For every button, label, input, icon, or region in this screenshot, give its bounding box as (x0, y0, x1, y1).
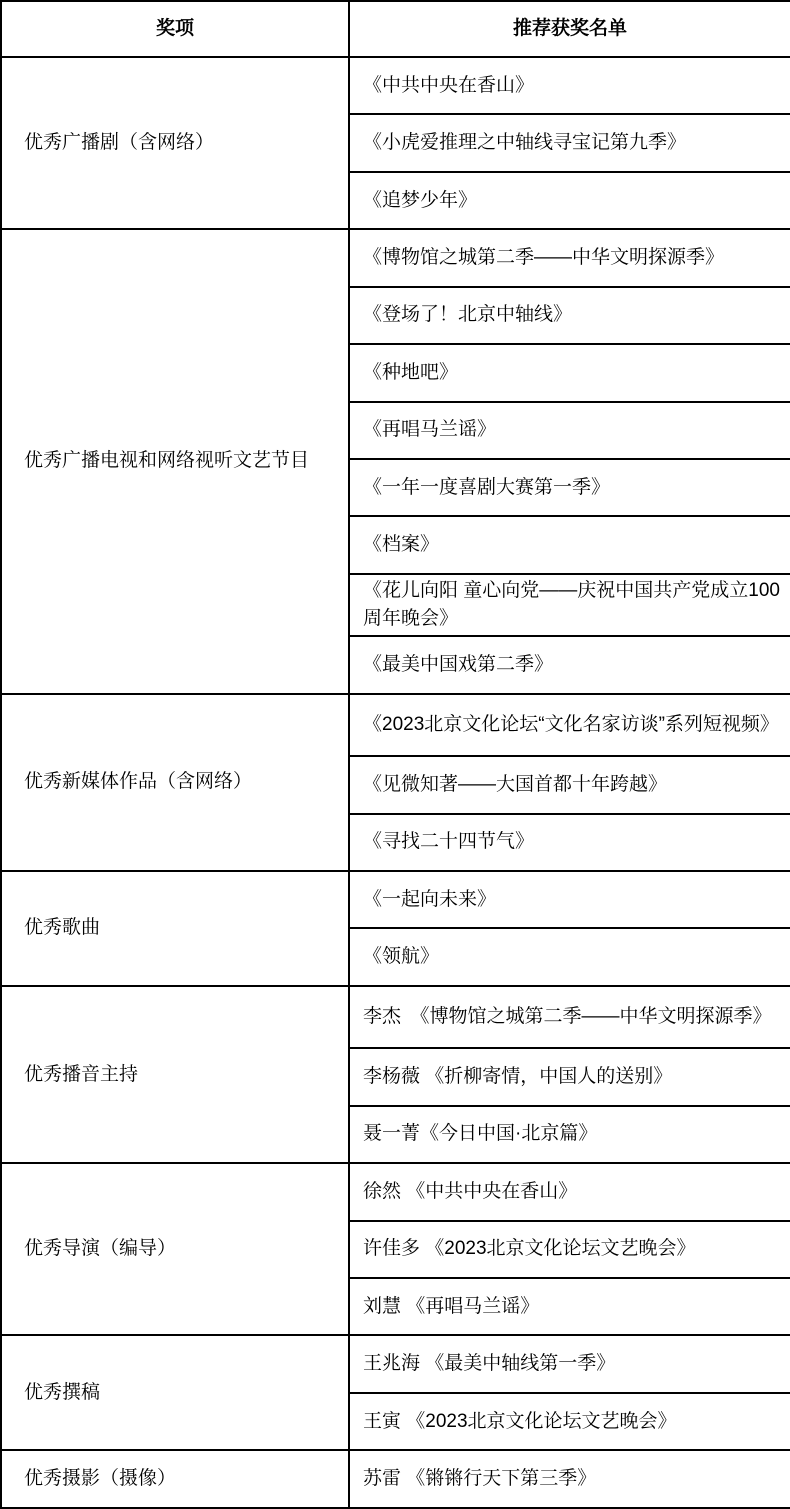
work-cell: 《登场了！北京中轴线》 (349, 287, 790, 344)
work-cell: 《见微知著——大国首都十年跨越》 (349, 756, 790, 813)
work-cell: 《中共中央在香山》 (349, 57, 790, 114)
work-cell: 《寻找二十四节气》 (349, 814, 790, 871)
work-cell: 李杰 《博物馆之城第二季——中华文明探源季》 (349, 986, 790, 1048)
award-cell-photography: 优秀摄影（摄像） (1, 1450, 349, 1508)
header-award: 奖项 (1, 1, 349, 57)
award-cell-broadcast-drama: 优秀广播剧（含网络） (1, 57, 349, 229)
awards-table: 奖项 推荐获奖名单 优秀广播剧（含网络） 《中共中央在香山》 《小虎爱推理之中轴… (0, 0, 790, 1509)
table-row: 优秀歌曲 《一起向未来》 (1, 871, 790, 928)
table-row: 优秀摄影（摄像） 苏雷 《锵锵行天下第三季》 (1, 1450, 790, 1508)
work-cell: 徐然 《中共中央在香山》 (349, 1163, 790, 1220)
work-cell: 许佳多 《2023北京文化论坛文艺晚会》 (349, 1221, 790, 1278)
work-cell: 《领航》 (349, 928, 790, 985)
table-row: 优秀新媒体作品（含网络） 《2023北京文化论坛“文化名家访谈”系列短视频》 (1, 694, 790, 756)
award-cell-director: 优秀导演（编导） (1, 1163, 349, 1335)
work-cell: 《档案》 (349, 516, 790, 573)
work-cell: 《小虎爱推理之中轴线寻宝记第九季》 (349, 114, 790, 171)
table-row: 优秀广播电视和网络视听文艺节目 《博物馆之城第二季——中华文明探源季》 (1, 229, 790, 286)
table-row: 优秀导演（编导） 徐然 《中共中央在香山》 (1, 1163, 790, 1220)
work-cell: 《博物馆之城第二季——中华文明探源季》 (349, 229, 790, 286)
work-cell: 《一起向未来》 (349, 871, 790, 928)
table-row: 优秀播音主持 李杰 《博物馆之城第二季——中华文明探源季》 (1, 986, 790, 1048)
work-cell: 《最美中国戏第二季》 (349, 636, 790, 693)
work-cell: 《一年一度喜剧大赛第一季》 (349, 459, 790, 516)
award-cell-host: 优秀播音主持 (1, 986, 349, 1163)
award-cell-song: 优秀歌曲 (1, 871, 349, 986)
work-cell: 《追梦少年》 (349, 172, 790, 229)
work-cell: 苏雷 《锵锵行天下第三季》 (349, 1450, 790, 1508)
award-cell-tv-programs: 优秀广播电视和网络视听文艺节目 (1, 229, 349, 693)
work-cell: 《花儿向阳 童心向党——庆祝中国共产党成立100周年晚会》 (349, 574, 790, 636)
award-cell-new-media: 优秀新媒体作品（含网络） (1, 694, 349, 871)
work-cell: 《种地吧》 (349, 344, 790, 401)
work-cell: 《再唱马兰谣》 (349, 402, 790, 459)
award-cell-writer: 优秀撰稿 (1, 1335, 349, 1450)
work-cell: 王寅 《2023北京文化论坛文艺晚会》 (349, 1393, 790, 1450)
work-cell: 刘慧 《再唱马兰谣》 (349, 1278, 790, 1335)
header-list: 推荐获奖名单 (349, 1, 790, 57)
work-cell: 《2023北京文化论坛“文化名家访谈”系列短视频》 (349, 694, 790, 756)
table-row: 优秀撰稿 王兆海 《最美中轴线第一季》 (1, 1335, 790, 1392)
header-row: 奖项 推荐获奖名单 (1, 1, 790, 57)
work-cell: 李杨薇 《折柳寄情，中国人的送别》 (349, 1048, 790, 1105)
work-cell: 聂一菁《今日中国·北京篇》 (349, 1106, 790, 1163)
table-row: 优秀广播剧（含网络） 《中共中央在香山》 (1, 57, 790, 114)
work-cell: 王兆海 《最美中轴线第一季》 (349, 1335, 790, 1392)
